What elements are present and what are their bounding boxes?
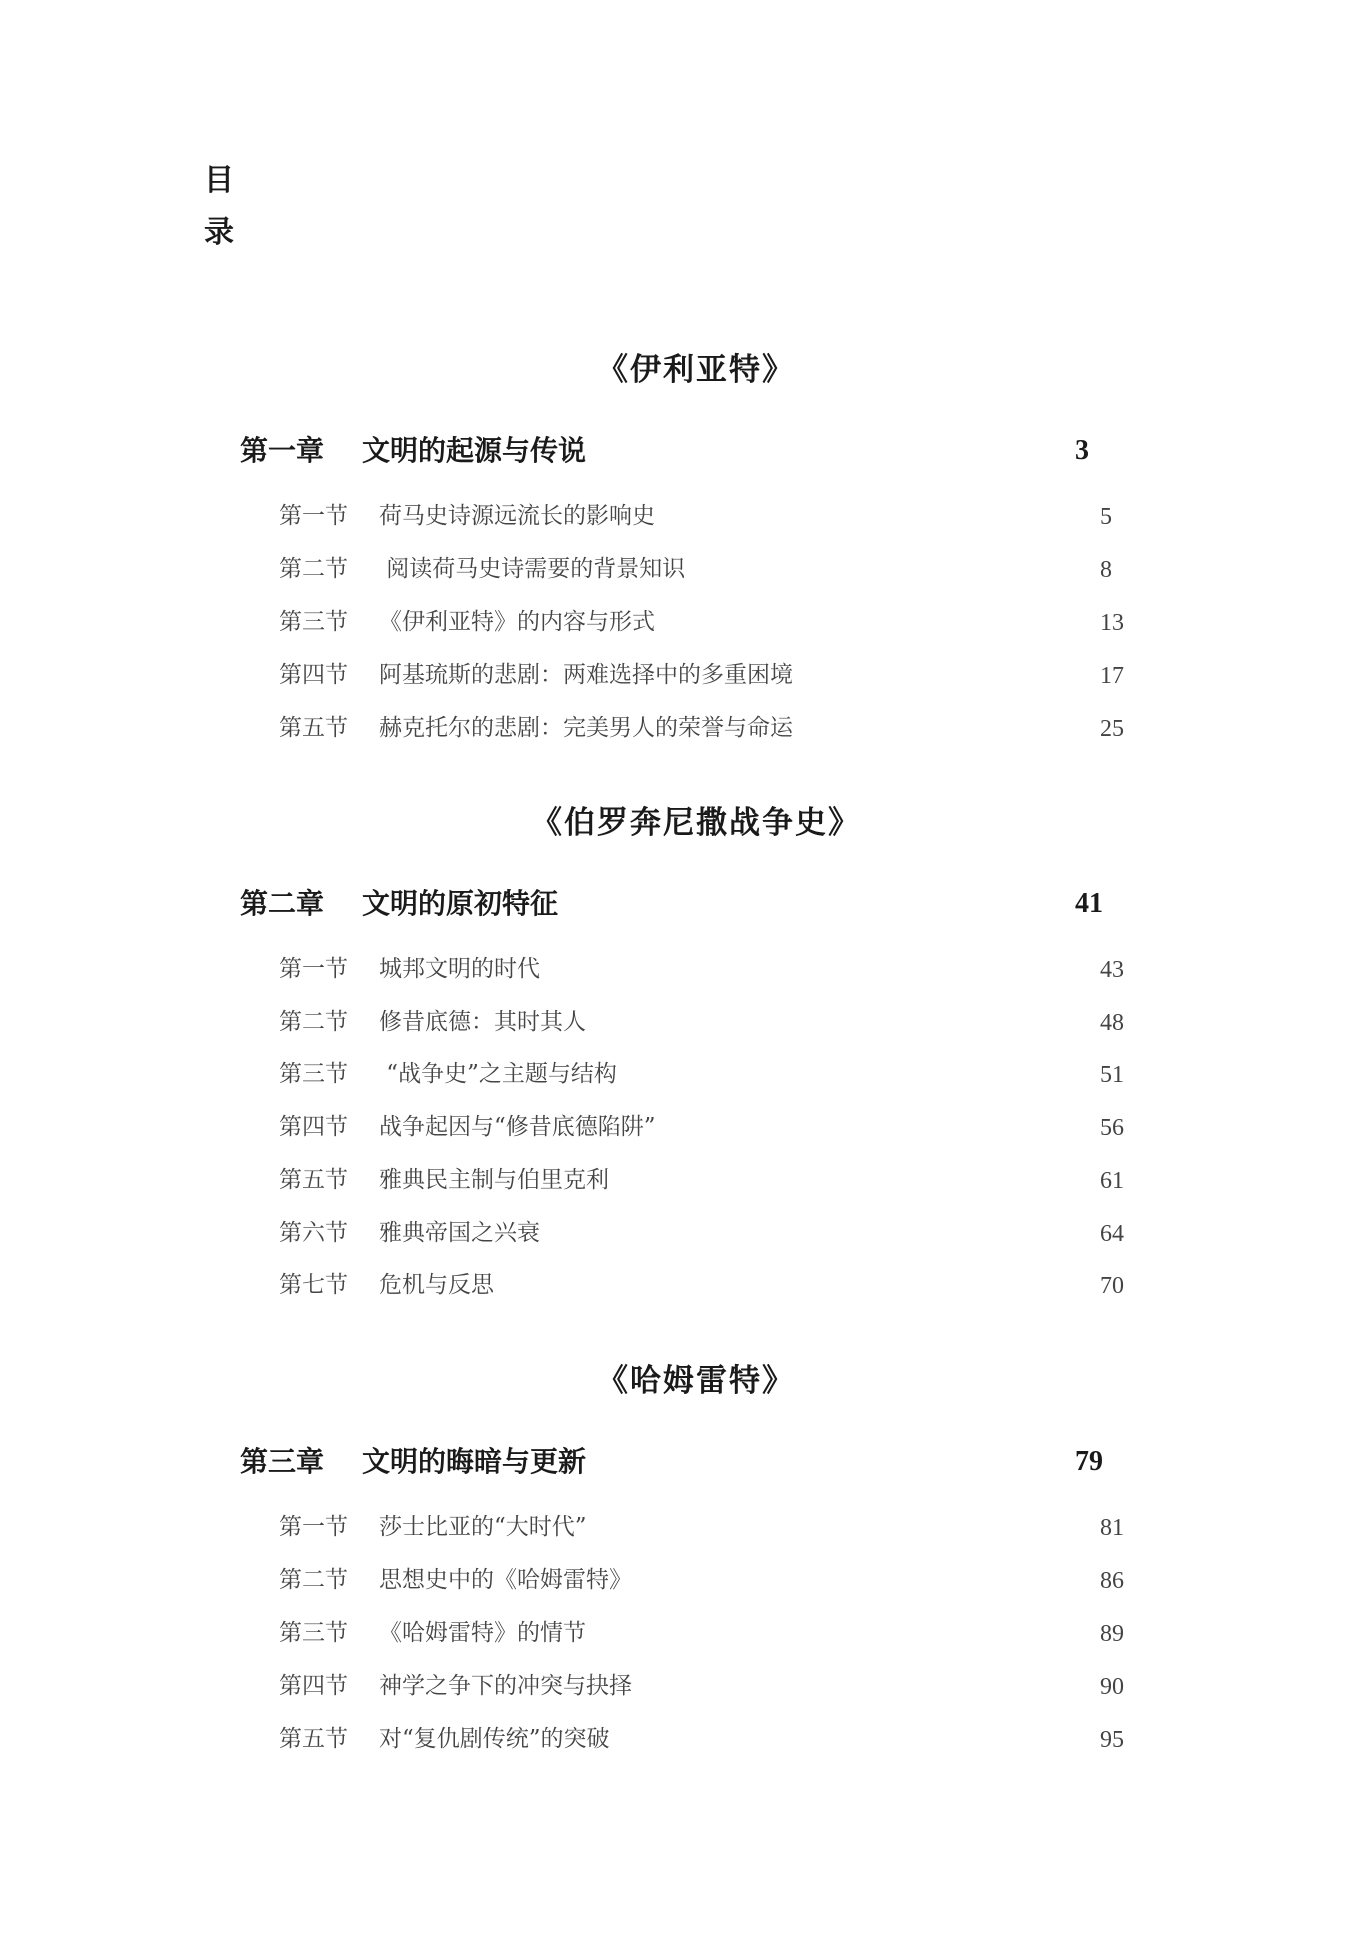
section-page: 95: [1100, 1728, 1124, 1752]
section-number: 第七节: [279, 1274, 379, 1297]
section-title: 思想史中的《哈姆雷特》: [379, 1567, 632, 1593]
section-row[interactable]: 第四节神学之争下的冲突与抉择90: [279, 1675, 1115, 1698]
section-title: 雅典帝国之兴衰: [379, 1220, 540, 1246]
chapter-page: 41: [1075, 890, 1115, 918]
section-row[interactable]: 第一节莎士比亚的“大时代”81: [279, 1516, 1115, 1539]
section-title: 阅读荷马史诗需要的背景知识: [379, 556, 685, 582]
section-row[interactable]: 第六节雅典帝国之兴衰64: [279, 1222, 1115, 1245]
section-number: 第四节: [279, 1675, 379, 1698]
chapter-number: 第二章: [240, 890, 362, 918]
chapter-row[interactable]: 第一章文明的起源与传说 3: [240, 437, 1115, 465]
section-row[interactable]: 第一节荷马史诗源远流长的影响史5: [279, 505, 1115, 528]
section-page: 61: [1100, 1169, 1124, 1193]
section-title: 雅典民主制与伯里克利: [379, 1167, 609, 1193]
section-number: 第四节: [279, 1116, 379, 1139]
section-number: 第二节: [279, 1011, 379, 1034]
part-heading: 《伊利亚特》: [0, 355, 1362, 386]
toc-title-char-1: 目: [204, 166, 234, 196]
section-page: 13: [1100, 611, 1124, 635]
section-title: 危机与反思: [379, 1272, 494, 1298]
section-title: 对“复仇剧传统”的突破: [379, 1726, 610, 1752]
section-row[interactable]: 第三节《伊利亚特》的内容与形式13: [279, 611, 1115, 634]
section-title: 赫克托尔的悲剧：完美男人的荣誉与命运: [379, 715, 793, 741]
section-page: 43: [1100, 958, 1124, 982]
section-page: 51: [1100, 1063, 1124, 1087]
section-row[interactable]: 第二节 阅读荷马史诗需要的背景知识8: [279, 558, 1115, 581]
section-number: 第五节: [279, 717, 379, 740]
section-row[interactable]: 第四节战争起因与“修昔底德陷阱”56: [279, 1116, 1115, 1139]
section-number: 第一节: [279, 505, 379, 528]
section-number: 第四节: [279, 664, 379, 687]
section-number: 第三节: [279, 1063, 379, 1086]
section-number: 第三节: [279, 1622, 379, 1645]
section-page: 89: [1100, 1622, 1124, 1646]
section-row[interactable]: 第三节《哈姆雷特》的情节89: [279, 1622, 1115, 1645]
part-heading: 《伯罗奔尼撒战争史》: [0, 808, 1362, 839]
section-number: 第五节: [279, 1169, 379, 1192]
section-title: 阿基琉斯的悲剧：两难选择中的多重困境: [379, 662, 793, 688]
chapter-page: 3: [1075, 437, 1115, 465]
section-title: 《伊利亚特》的内容与形式: [379, 609, 655, 635]
section-title: 修昔底德：其时其人: [379, 1009, 586, 1035]
section-row[interactable]: 第五节雅典民主制与伯里克利61: [279, 1169, 1115, 1192]
chapter-row[interactable]: 第三章文明的晦暗与更新 79: [240, 1448, 1115, 1476]
chapter-row[interactable]: 第二章文明的原初特征 41: [240, 890, 1115, 918]
section-page: 70: [1100, 1274, 1124, 1298]
section-page: 8: [1100, 558, 1112, 582]
section-number: 第一节: [279, 1516, 379, 1539]
section-title: 城邦文明的时代: [379, 956, 540, 982]
chapter-number: 第三章: [240, 1448, 362, 1476]
section-page: 17: [1100, 664, 1124, 688]
section-row[interactable]: 第四节阿基琉斯的悲剧：两难选择中的多重困境17: [279, 664, 1115, 687]
section-title: 神学之争下的冲突与抉择: [379, 1673, 632, 1699]
section-row[interactable]: 第二节思想史中的《哈姆雷特》86: [279, 1569, 1115, 1592]
section-title: “战争史”之主题与结构: [379, 1061, 617, 1087]
section-page: 64: [1100, 1222, 1124, 1246]
section-row[interactable]: 第三节 “战争史”之主题与结构51: [279, 1063, 1115, 1086]
section-row[interactable]: 第五节赫克托尔的悲剧：完美男人的荣誉与命运25: [279, 717, 1115, 740]
section-page: 56: [1100, 1116, 1124, 1140]
toc-title-char-2: 录: [204, 218, 234, 248]
section-page: 48: [1100, 1011, 1124, 1035]
section-page: 90: [1100, 1675, 1124, 1699]
section-number: 第五节: [279, 1728, 379, 1751]
section-row[interactable]: 第二节修昔底德：其时其人48: [279, 1011, 1115, 1034]
chapter-title: 文明的晦暗与更新: [362, 1445, 586, 1478]
section-number: 第一节: [279, 958, 379, 981]
chapter-title: 文明的原初特征: [362, 887, 558, 920]
section-number: 第二节: [279, 558, 379, 581]
section-row[interactable]: 第五节对“复仇剧传统”的突破95: [279, 1728, 1115, 1751]
section-title: 荷马史诗源远流长的影响史: [379, 503, 655, 529]
section-page: 86: [1100, 1569, 1124, 1593]
chapter-page: 79: [1075, 1448, 1115, 1476]
section-row[interactable]: 第一节城邦文明的时代43: [279, 958, 1115, 981]
section-title: 《哈姆雷特》的情节: [379, 1620, 586, 1646]
section-title: 战争起因与“修昔底德陷阱”: [379, 1114, 656, 1140]
section-page: 5: [1100, 505, 1112, 529]
part-heading: 《哈姆雷特》: [0, 1366, 1362, 1397]
section-page: 81: [1100, 1516, 1124, 1540]
section-title: 莎士比亚的“大时代”: [379, 1514, 587, 1540]
section-number: 第二节: [279, 1569, 379, 1592]
section-row[interactable]: 第七节危机与反思70: [279, 1274, 1115, 1297]
chapter-number: 第一章: [240, 437, 362, 465]
section-number: 第三节: [279, 611, 379, 634]
chapter-title: 文明的起源与传说: [362, 434, 586, 467]
section-number: 第六节: [279, 1222, 379, 1245]
section-page: 25: [1100, 717, 1124, 741]
